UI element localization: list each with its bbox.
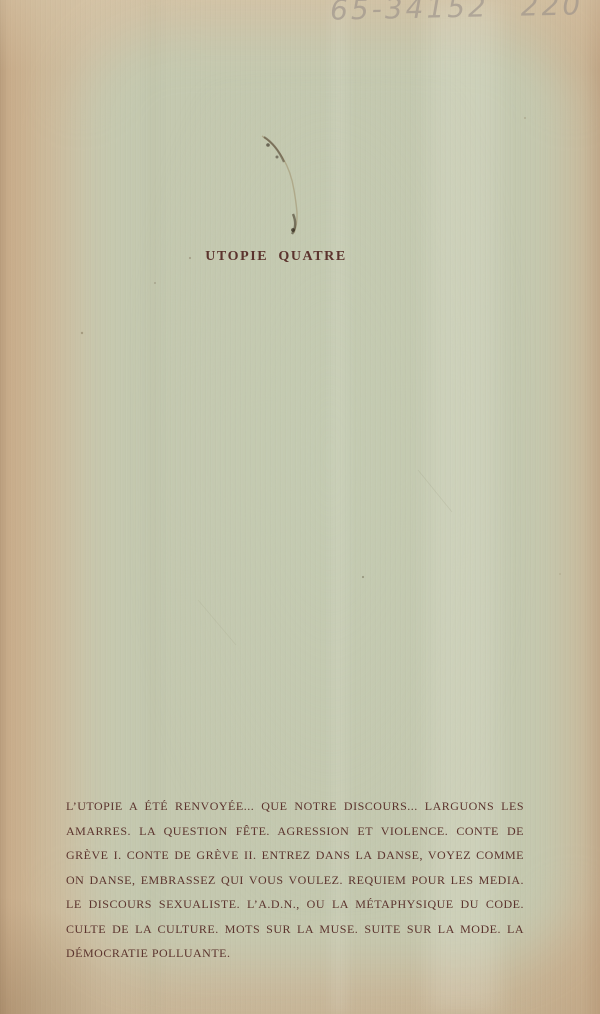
paragraph-line: L’UTOPIE A ÉTÉ RENVOYÉE... QUE NOTRE DIS… <box>66 794 524 819</box>
paragraph-line: DÉMOCRATIE POLLUANTE. <box>66 941 524 966</box>
paragraph-line: LE DISCOURS SEXUALISTE. L’A.D.N., OU LA … <box>66 892 524 917</box>
paragraph-line: CULTE DE LA CULTURE. MOTS SUR LA MUSE. S… <box>66 917 524 942</box>
paragraph-line: ON DANSE, EMBRASSEZ QUI VOUS VOULEZ. REQ… <box>66 868 524 893</box>
page-title: UTOPIE QUATRE <box>0 249 576 265</box>
paragraph-line: GRÈVE I. CONTE DE GRÈVE II. ENTREZ DANS … <box>66 843 524 868</box>
summary-paragraph: L’UTOPIE A ÉTÉ RENVOYÉE... QUE NOTRE DIS… <box>66 794 524 966</box>
page-green-tint-core <box>140 90 520 904</box>
paragraph-line: AMARRES. LA QUESTION FÊTE. AGRESSION ET … <box>66 819 524 844</box>
